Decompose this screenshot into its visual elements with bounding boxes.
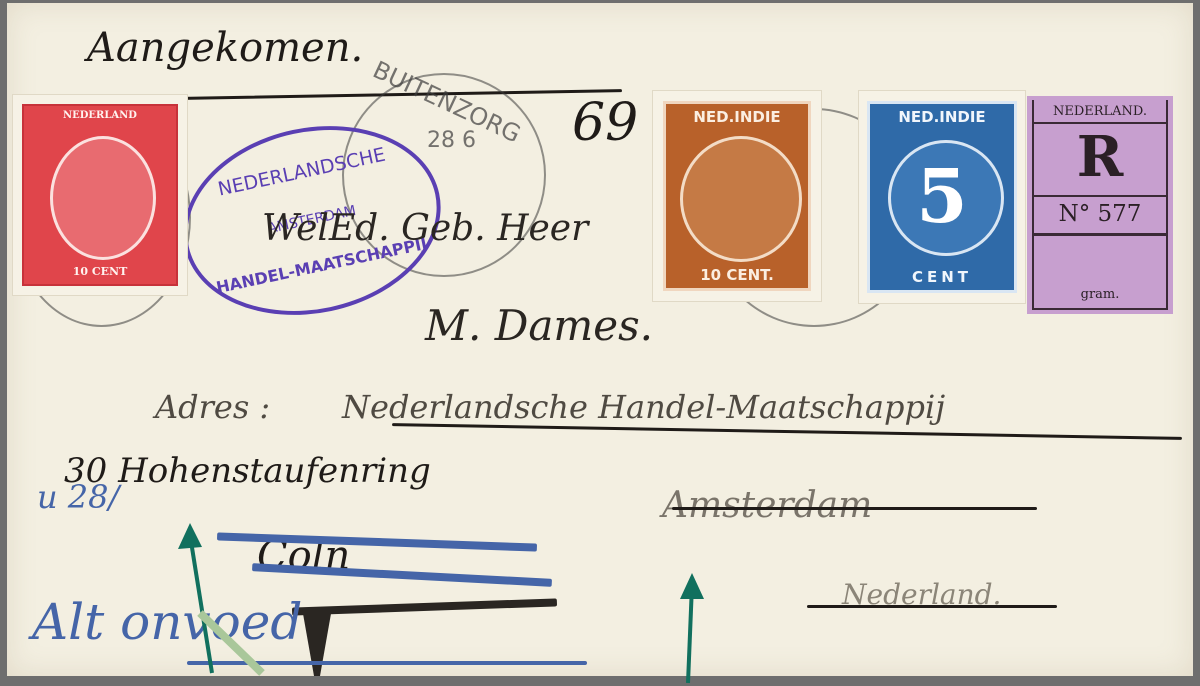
stamp-country: NED.INDIE [666, 108, 808, 126]
label-country: NEDERLAND. [1034, 104, 1166, 124]
handwritten-recipient: M. Dames. [425, 301, 653, 350]
envelope: Aangekomen. 69 BUITENZORG 28 6 NEDERLAND… [7, 3, 1193, 676]
handwritten-blue-note: u 28/ [37, 478, 119, 516]
green-arrow-icon [172, 523, 292, 683]
green-arrow-icon [672, 573, 712, 683]
label-weight: gram. [1034, 287, 1166, 302]
strike-line [807, 605, 1057, 608]
stamp-ned-indie-5c: NED.INDIE 5 CENT [859, 91, 1025, 303]
handwritten-number: 69 [572, 93, 638, 153]
handwritten-address-crossed: Nederlandsche Handel-Maatschappij [342, 388, 945, 426]
handwritten-address-prefix: Adres : [155, 388, 270, 426]
queen-portrait [50, 136, 156, 260]
handwritten-city-crossed: Amsterdam [662, 485, 872, 526]
postmark-date: 28 6 [427, 128, 476, 153]
handwritten-salutation: WelEd. Geb. Heer [262, 208, 588, 249]
black-strike-line [292, 598, 557, 615]
label-letter-r: R [1034, 124, 1166, 190]
strike-line [672, 507, 1037, 510]
stamp-country: NEDERLAND [24, 110, 176, 121]
ink-blot [302, 608, 332, 676]
queen-portrait [680, 136, 802, 262]
stamp-ned-indie-10c: NED.INDIE 10 CENT. [653, 91, 821, 301]
stamp-country: NED.INDIE [870, 108, 1014, 126]
label-number: N° 577 [1034, 195, 1166, 236]
stamp-value: CENT [870, 268, 1014, 286]
handwritten-arrival-note: Aangekomen. [87, 25, 363, 71]
stamp-value: 10 CENT. [666, 266, 808, 284]
stamp-nederland-10c: NEDERLAND 10 CENT [13, 95, 187, 295]
stamp-numeral: 5 [870, 154, 1014, 240]
stamp-value: 10 CENT [24, 265, 176, 278]
registration-label: NEDERLAND. R N° 577 gram. [1027, 96, 1173, 314]
